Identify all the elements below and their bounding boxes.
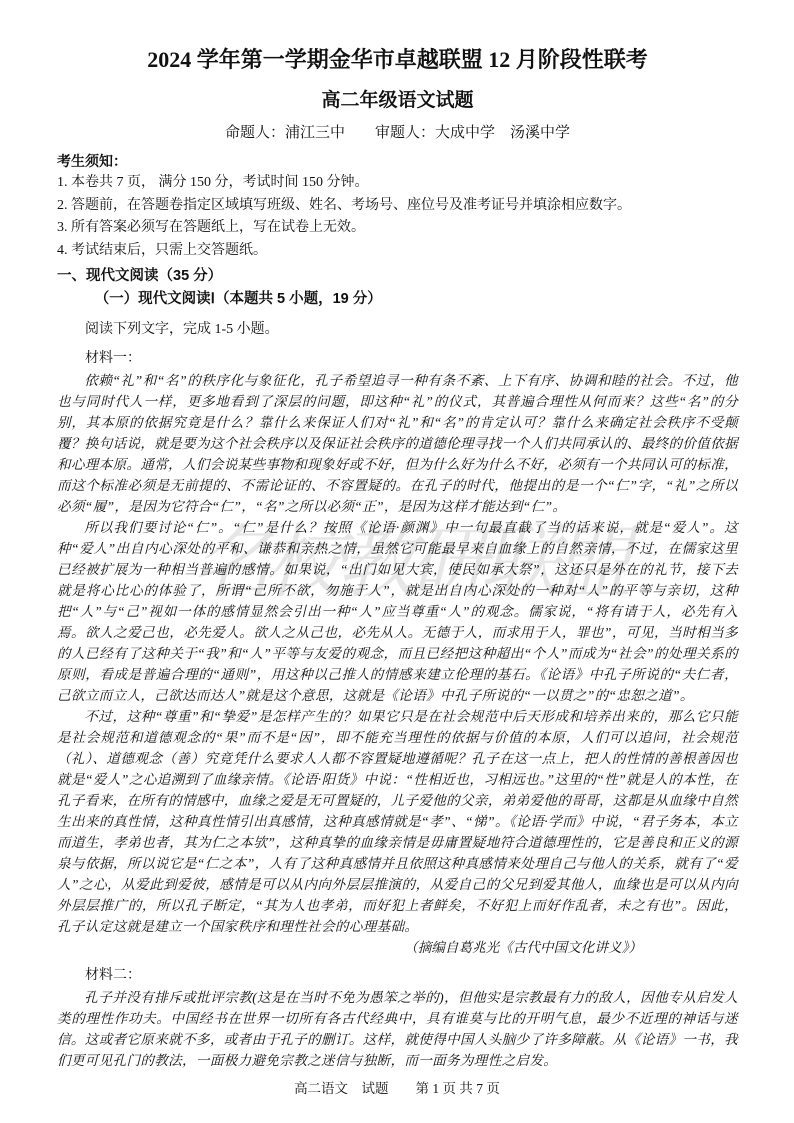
reading-instruction: 阅读下列文字，完成 1-5 小题。 [57, 319, 738, 341]
material-one-attribution: （摘编自葛兆光《古代中国文化讲义》） [57, 937, 738, 958]
exam-subtitle: 高二年级语文试题 [57, 88, 738, 114]
exam-title: 2024 学年第一学期金华市卓越联盟 12 月阶段性联考 [57, 46, 738, 74]
notice-heading: 考生须知： [57, 150, 738, 172]
notice-item: 2. 答题前，在答题卷指定区域填写班级、姓名、考场号、座位号及准考证号并填涂相应… [57, 195, 738, 218]
subsection-heading: （一）现代文阅读Ⅰ（本题共 5 小题，19 分） [57, 288, 738, 311]
exam-page: 名校教研联盟 2024 学年第一学期金华市卓越联盟 12 月阶段性联考 高二年级… [0, 0, 794, 1123]
material-one-label: 材料一： [57, 348, 738, 370]
page-content: 2024 学年第一学期金华市卓越联盟 12 月阶段性联考 高二年级语文试题 命题… [0, 0, 794, 1071]
authors-line: 命题人：浦江三中 审题人：大成中学 汤溪中学 [57, 122, 738, 144]
notice-item: 3. 所有答案必须写在答题纸上，写在试卷上无效。 [57, 217, 738, 240]
page-footer: 高二语文 试题 第 1 页 共 7 页 [0, 1077, 794, 1097]
notice-item: 4. 考试结束后，只需上交答题纸。 [57, 240, 738, 263]
material-paragraph: 所以我们要讨论“仁”。“仁”是什么？按照《论语·颜渊》中一句最直截了当的话来说，… [57, 517, 738, 706]
notice-item: 1. 本卷共 7 页， 满分 150 分，考试时间 150 分钟。 [57, 172, 738, 195]
section-heading: 一、现代文阅读（35 分） [57, 265, 738, 288]
material-paragraph: 孔子并没有排斥或批评宗教(这是在当时不免为愚笨之举的)，但他实是宗教最有力的敌人… [57, 987, 738, 1071]
material-paragraph: 依赖“礼”和“名”的秩序化与象征化，孔子希望追寻一种有条不紊、上下有序、协调和睦… [57, 370, 738, 517]
material-paragraph: 不过，这种“尊重”和“挚爱”是怎样产生的？如果它只是在社会规范中后天形成和培养出… [57, 706, 738, 937]
material-two-label: 材料二： [57, 965, 738, 987]
